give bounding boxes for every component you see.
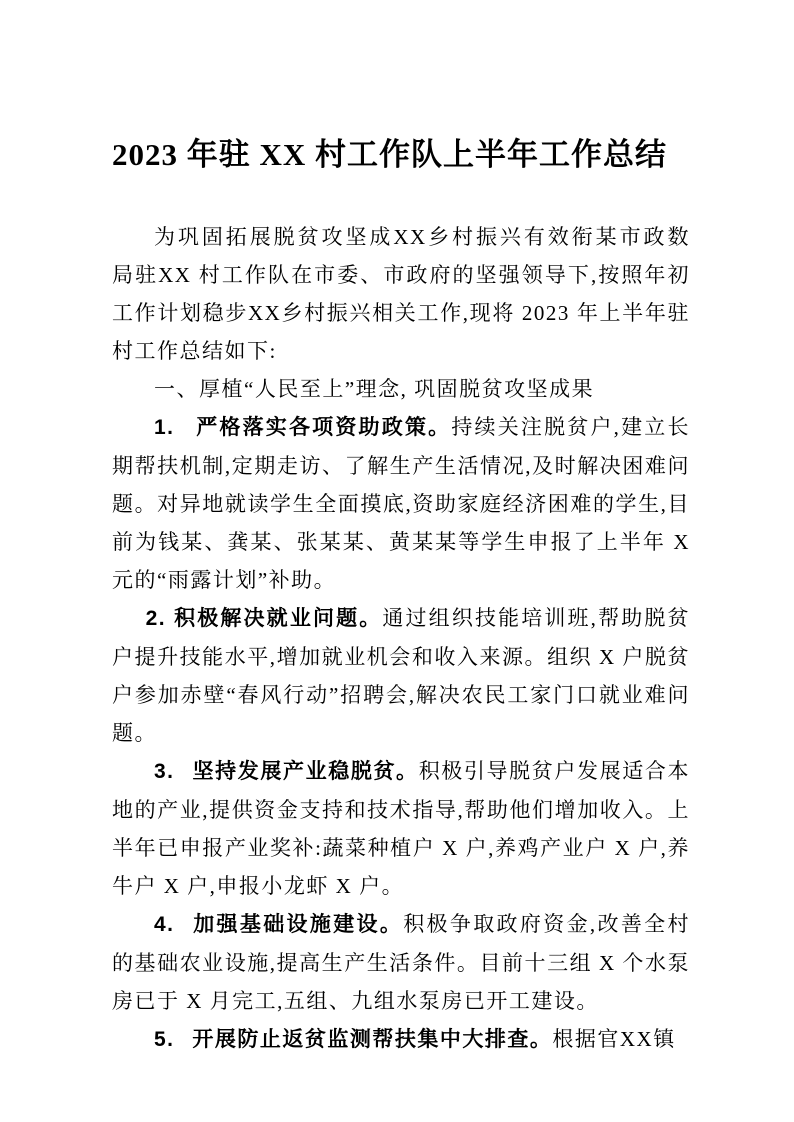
item-number: 5. [154, 1028, 175, 1051]
document-content: 2023 年驻 XX 村工作队上半年工作总结 为巩固拓展脱贫攻坚成XX乡村振兴有… [112, 0, 690, 1059]
intro-paragraph: 为巩固拓展脱贫攻坚成XX乡村振兴有效衔某市政数 局驻XX 村工作队在市委、市政府… [112, 218, 690, 370]
numbered-item-2: 2.积极解决就业问题。通过组织技能培训班,帮助脱贫户提升技能水平,增加就业机会和… [112, 599, 690, 752]
item-number: 3. [154, 760, 175, 783]
item-text: 持续关注脱贫户,建立长期帮扶机制,定期走访、了解生产生活情况,及时解决困难问题。… [112, 415, 690, 592]
item-number: 4. [154, 913, 175, 936]
section-heading: 一、厚植“人民至上”理念, 巩固脱贫攻坚成果 [112, 370, 690, 408]
document-title: 2023 年驻 XX 村工作队上半年工作总结 [112, 132, 690, 178]
item-heading: 开展防止返贫监测帮扶集中大排查。 [192, 1028, 552, 1051]
item-heading: 坚持发展产业稳脱贫。 [192, 760, 418, 783]
item-heading: 加强基础设施建设。 [192, 913, 403, 936]
numbered-item-3: 3.坚持发展产业稳脱贫。积极引导脱贫户发展适合本地的产业,提供资金支持和技术指导… [112, 752, 690, 905]
numbered-item-4: 4.加强基础设施建设。积极争取政府资金,改善全村的基础农业设施,提高生产生活条件… [112, 905, 690, 1020]
item-heading: 积极解决就业问题。 [173, 607, 382, 630]
numbered-item-1: 1.严格落实各项资助政策。持续关注脱贫户,建立长期帮扶机制,定期走访、了解生产生… [112, 408, 690, 599]
item-text: 根据官XX镇 [552, 1027, 675, 1051]
numbered-item-5: 5.开展防止返贫监测帮扶集中大排查。根据官XX镇 [112, 1020, 690, 1059]
document-page: 2023 年驻 XX 村工作队上半年工作总结 为巩固拓展脱贫攻坚成XX乡村振兴有… [0, 0, 794, 1122]
item-number: 1. [154, 416, 175, 439]
item-heading: 严格落实各项资助政策。 [196, 416, 452, 439]
item-number: 2. [146, 607, 167, 630]
